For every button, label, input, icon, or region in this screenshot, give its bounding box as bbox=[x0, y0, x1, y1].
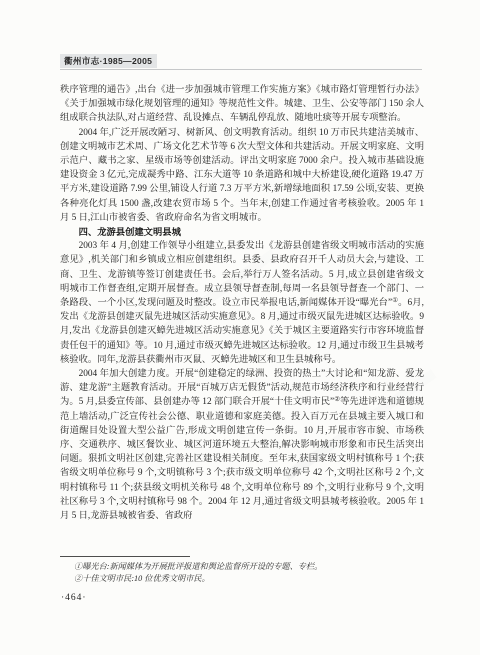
paragraph-longyou-2003: 2003 年 4 月,创建工作领导小组建立,县委发出《龙游县创建省级文明城市活动… bbox=[60, 239, 424, 367]
footnote-2: ②十佳文明市民:10 位优秀文明市民。 bbox=[74, 573, 424, 585]
footnotes-block: ①曝光台:新闻媒体为开展批评报道和舆论监督所开设的专题、专栏。 ②十佳文明市民:… bbox=[74, 561, 424, 586]
page-body: 秩序管理的通告》,出台《进一步加强城市管理工作实施方案》《城市路灯管理暂行办法》… bbox=[60, 83, 424, 523]
footnote-separator bbox=[60, 556, 190, 557]
footnote-1: ①曝光台:新闻媒体为开展批评报道和舆论监督所开设的专题、专栏。 bbox=[74, 561, 424, 573]
section-heading-longyou: 四、龙游县创建文明县城 bbox=[60, 225, 424, 239]
paragraph-continuation: 秩序管理的通告》,出台《进一步加强城市管理工作实施方案》《城市路灯管理暂行办法》… bbox=[60, 83, 424, 126]
book-title-badge: 衢州市志·1985—2005 bbox=[60, 54, 157, 68]
document-page: 衢州市志·1985—2005 秩序管理的通告》,出台《进一步加强城市管理工作实施… bbox=[0, 0, 480, 655]
paragraph-jiangshan-2004: 2004 年,广泛开展改陋习、树新风、创文明教育活动。组织 10 万市民共建洁美… bbox=[60, 126, 424, 225]
running-head: 衢州市志·1985—2005 bbox=[60, 51, 422, 70]
page-number: ·464· bbox=[61, 593, 87, 603]
paragraph-text: 2003 年 4 月,创建工作领导小组建立,县委发出《龙游县创建省级文明城市活动… bbox=[60, 241, 424, 308]
paragraph-longyou-2004: 2004 年加大创建力度。开展“创建稳定的绿洲、投资的热土”大讨论和“知龙游、爱… bbox=[60, 367, 424, 523]
paragraph-text: 等先进评选和道德规范上墙活动,广泛宣传社会公德、职业道德和家庭美德。投入百万元在… bbox=[60, 397, 424, 521]
paragraph-text: 。6月,发出《龙游县创建灭鼠先进城区活动实施意见》。8 月,通过市级灭鼠先进城区… bbox=[60, 298, 424, 365]
